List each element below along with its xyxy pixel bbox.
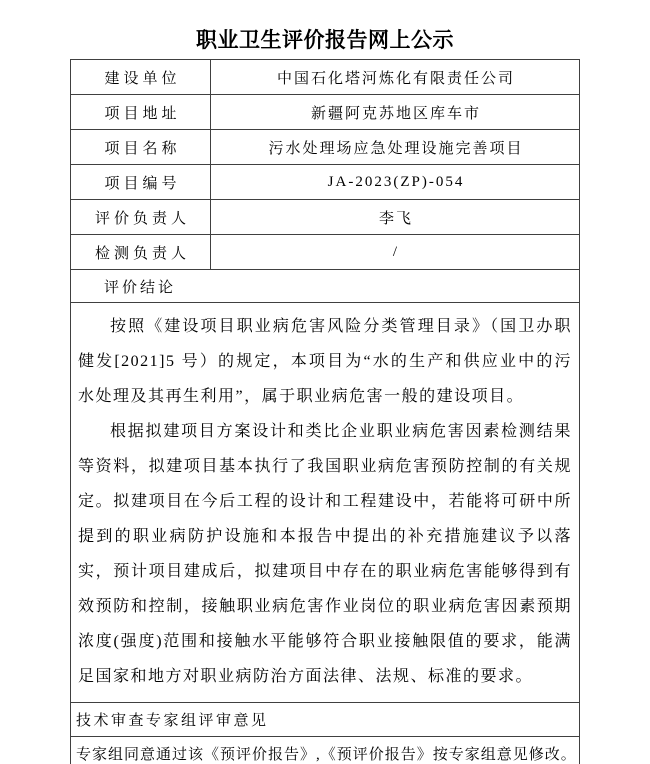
testing-leader-label: 检测负责人 bbox=[71, 235, 211, 269]
project-address-value: 新疆阿克苏地区库车市 bbox=[211, 95, 579, 129]
construction-unit-value: 中国石化塔河炼化有限责任公司 bbox=[211, 60, 579, 94]
row-construction-unit: 建设单位 中国石化塔河炼化有限责任公司 bbox=[71, 60, 579, 94]
row-evaluation-leader: 评价负责人 李飞 bbox=[71, 199, 579, 234]
project-number-label: 项目编号 bbox=[71, 165, 211, 199]
conclusion-paragraph-1: 按照《建设项目职业病危害风险分类管理目录》（国卫办职健发[2021]5 号）的规… bbox=[78, 309, 572, 414]
project-name-value: 污水处理场应急处理设施完善项目 bbox=[211, 130, 579, 164]
project-number-value: JA-2023(ZP)-054 bbox=[211, 165, 579, 199]
report-table: 建设单位 中国石化塔河炼化有限责任公司 项目地址 新疆阿克苏地区库车市 项目名称… bbox=[70, 59, 580, 764]
testing-leader-value: / bbox=[211, 235, 579, 269]
row-project-number: 项目编号 JA-2023(ZP)-054 bbox=[71, 164, 579, 199]
row-project-name: 项目名称 污水处理场应急处理设施完善项目 bbox=[71, 129, 579, 164]
review-header: 技术审查专家组评审意见 bbox=[71, 702, 579, 736]
construction-unit-label: 建设单位 bbox=[71, 60, 211, 94]
evaluation-leader-label: 评价负责人 bbox=[71, 200, 211, 234]
row-testing-leader: 检测负责人 / bbox=[71, 234, 579, 269]
conclusion-header: 评价结论 bbox=[71, 269, 579, 302]
review-text: 专家组同意通过该《预评价报告》,《预评价报告》按专家组意见修改。 bbox=[71, 736, 579, 764]
page-title: 职业卫生评价报告网上公示 bbox=[0, 30, 650, 52]
conclusion-paragraph-2: 根据拟建项目方案设计和类比企业职业病危害因素检测结果等资料，拟建项目基本执行了我… bbox=[78, 414, 572, 694]
project-name-label: 项目名称 bbox=[71, 130, 211, 164]
conclusion-body: 按照《建设项目职业病危害风险分类管理目录》（国卫办职健发[2021]5 号）的规… bbox=[71, 302, 579, 702]
project-address-label: 项目地址 bbox=[71, 95, 211, 129]
document-page: { "page": { "title": "职业卫生评价报告网上公示" }, "… bbox=[0, 0, 650, 764]
row-project-address: 项目地址 新疆阿克苏地区库车市 bbox=[71, 94, 579, 129]
evaluation-leader-value: 李飞 bbox=[211, 200, 579, 234]
